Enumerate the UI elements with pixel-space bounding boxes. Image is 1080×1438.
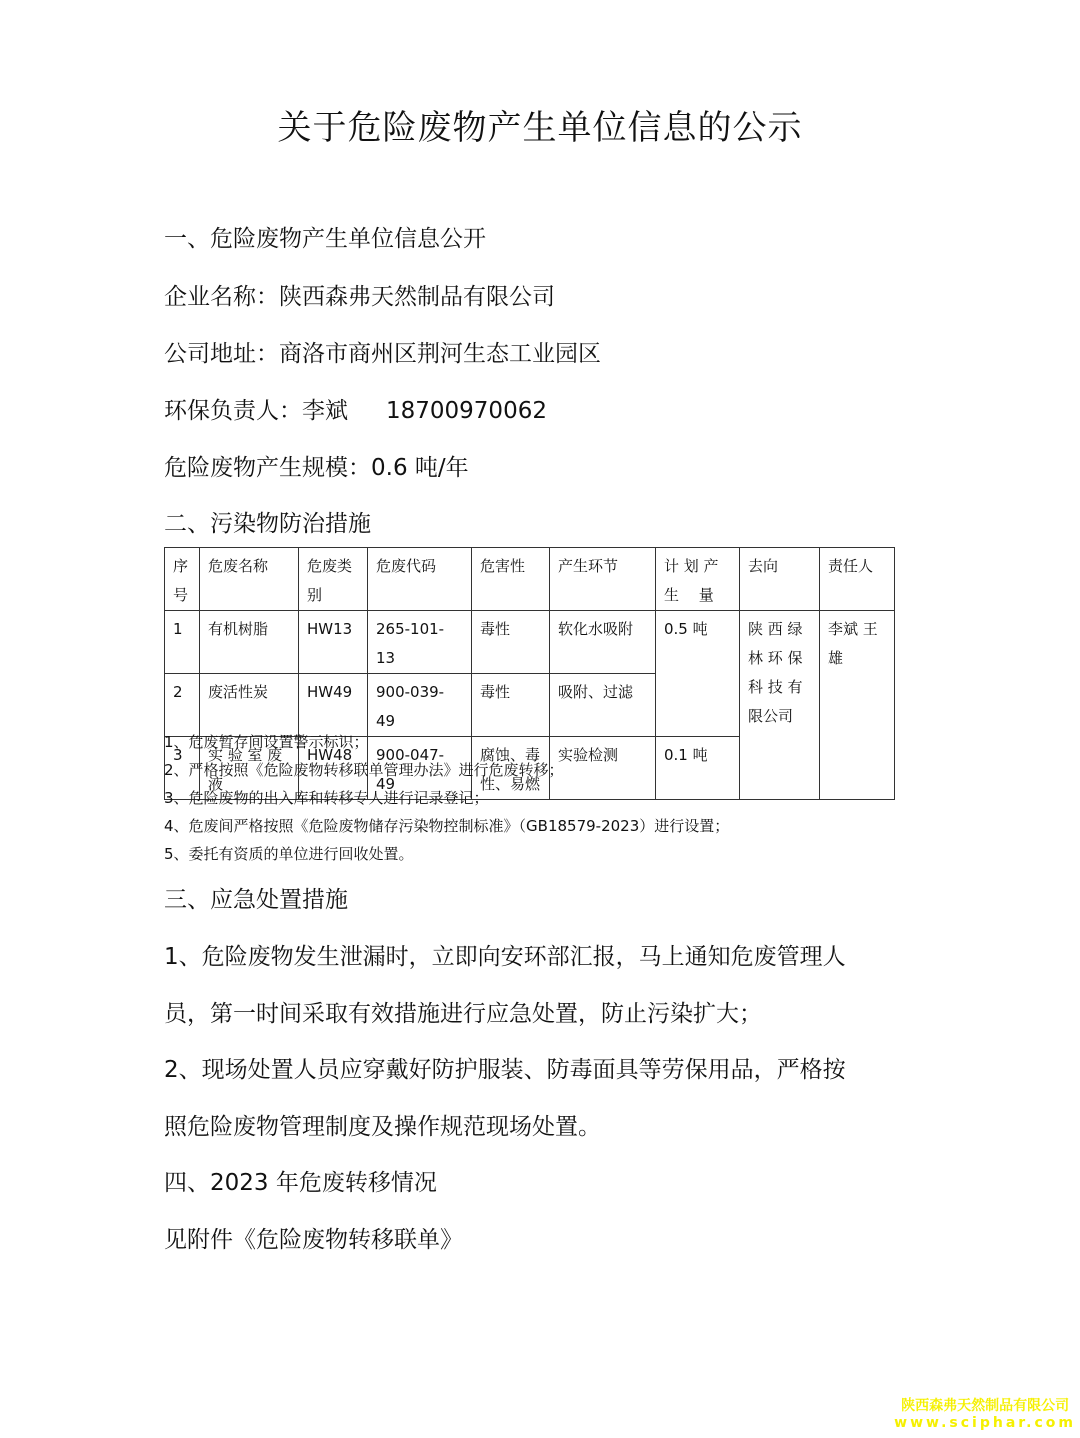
company-address-line: 公司地址：商洛市商州区荆河生态工业园区 [164, 335, 601, 368]
contact-name: 李斌 [302, 398, 348, 424]
watermark-company: 陕西森弗天然制品有限公司 [894, 1398, 1076, 1415]
cell-amount-row-3: 0.1 吨 [656, 737, 740, 800]
cell-process: 实验检测 [550, 737, 656, 800]
section-3-heading: 三、应急处置措施 [164, 881, 348, 914]
section-4-heading: 四、2023 年危废转移情况 [164, 1164, 437, 1197]
scale-label: 危险废物产生规模： [164, 455, 371, 481]
cell-code: 900-039-49 [368, 674, 472, 737]
cell-code: 265-101-13 [368, 611, 472, 674]
emergency-line: 员，第一时间采取有效措施进行应急处置，防止污染扩大； [164, 995, 762, 1028]
header-category: 危废类别 [299, 548, 368, 611]
company-label: 企业名称： [164, 284, 279, 310]
company-value: 陕西森弗天然制品有限公司 [279, 284, 555, 310]
cell-process: 软化水吸附 [550, 611, 656, 674]
measure-item: 1、危废暂存间设置警示标识； [164, 731, 369, 752]
measure-item: 4、危废间严格按照《危险废物储存污染物控制标准》（GB18579-2023）进行… [164, 815, 729, 836]
table-header-row: 序号 危废名称 危废类别 危废代码 危害性 产生环节 计 划 产 生 量 去向 … [165, 548, 895, 611]
watermark: 陕西森弗天然制品有限公司 www.sciphar.com [894, 1398, 1076, 1432]
scale-value: 0.6 吨/年 [371, 455, 469, 481]
cell-name: 有机树脂 [200, 611, 299, 674]
cell-name: 废活性炭 [200, 674, 299, 737]
cell-category: HW49 [299, 674, 368, 737]
header-name: 危废名称 [200, 548, 299, 611]
header-seq: 序号 [165, 548, 200, 611]
cell-seq: 2 [165, 674, 200, 737]
cell-destination: 陕 西 绿 林 环 保 科 技 有 限公司 [740, 611, 820, 800]
cell-seq: 1 [165, 611, 200, 674]
address-label: 公司地址： [164, 341, 279, 367]
measure-item: 3、危险废物的出入库和转移专人进行记录登记； [164, 787, 489, 808]
header-owner: 责任人 [820, 548, 895, 611]
emergency-line: 2、现场处置人员应穿戴好防护服装、防毒面具等劳保用品，严格按 [164, 1051, 846, 1084]
table-row: 1 有机树脂 HW13 265-101-13 毒性 软化水吸附 0.5 吨 陕 … [165, 611, 895, 674]
section-1-heading: 一、危险废物产生单位信息公开 [164, 220, 486, 253]
header-destination: 去向 [740, 548, 820, 611]
header-amount: 计 划 产 生 量 [656, 548, 740, 611]
cell-hazard: 毒性 [472, 611, 550, 674]
cell-category: HW13 [299, 611, 368, 674]
section-2-heading: 二、污染物防治措施 [164, 505, 371, 538]
header-hazard: 危害性 [472, 548, 550, 611]
attachment-reference: 见附件《危险废物转移联单》 [164, 1221, 463, 1254]
address-value: 商洛市商州区荆河生态工业园区 [279, 341, 601, 367]
scale-line: 危险废物产生规模：0.6 吨/年 [164, 449, 469, 482]
contact-label: 环保负责人： [164, 398, 302, 424]
page-title: 关于危险废物产生单位信息的公示 [0, 100, 1080, 149]
measure-item: 2、严格按照《危险废物转移联单管理办法》进行危废转移； [164, 759, 564, 780]
measure-item: 5、委托有资质的单位进行回收处置。 [164, 843, 414, 864]
cell-process: 吸附、过滤 [550, 674, 656, 737]
emergency-line: 照危险废物管理制度及操作规范现场处置。 [164, 1108, 601, 1141]
contact-phone: 18700970062 [386, 398, 547, 424]
watermark-url: www.sciphar.com [894, 1415, 1076, 1432]
header-process: 产生环节 [550, 548, 656, 611]
company-name-line: 企业名称：陕西森弗天然制品有限公司 [164, 278, 555, 311]
contact-line: 环保负责人：李斌18700970062 [164, 392, 547, 425]
header-code: 危废代码 [368, 548, 472, 611]
cell-owners: 李斌 王雄 [820, 611, 895, 800]
cell-amount-rows-1-2: 0.5 吨 [656, 611, 740, 737]
cell-hazard: 毒性 [472, 674, 550, 737]
emergency-line: 1、危险废物发生泄漏时，立即向安环部汇报，马上通知危废管理人 [164, 938, 846, 971]
